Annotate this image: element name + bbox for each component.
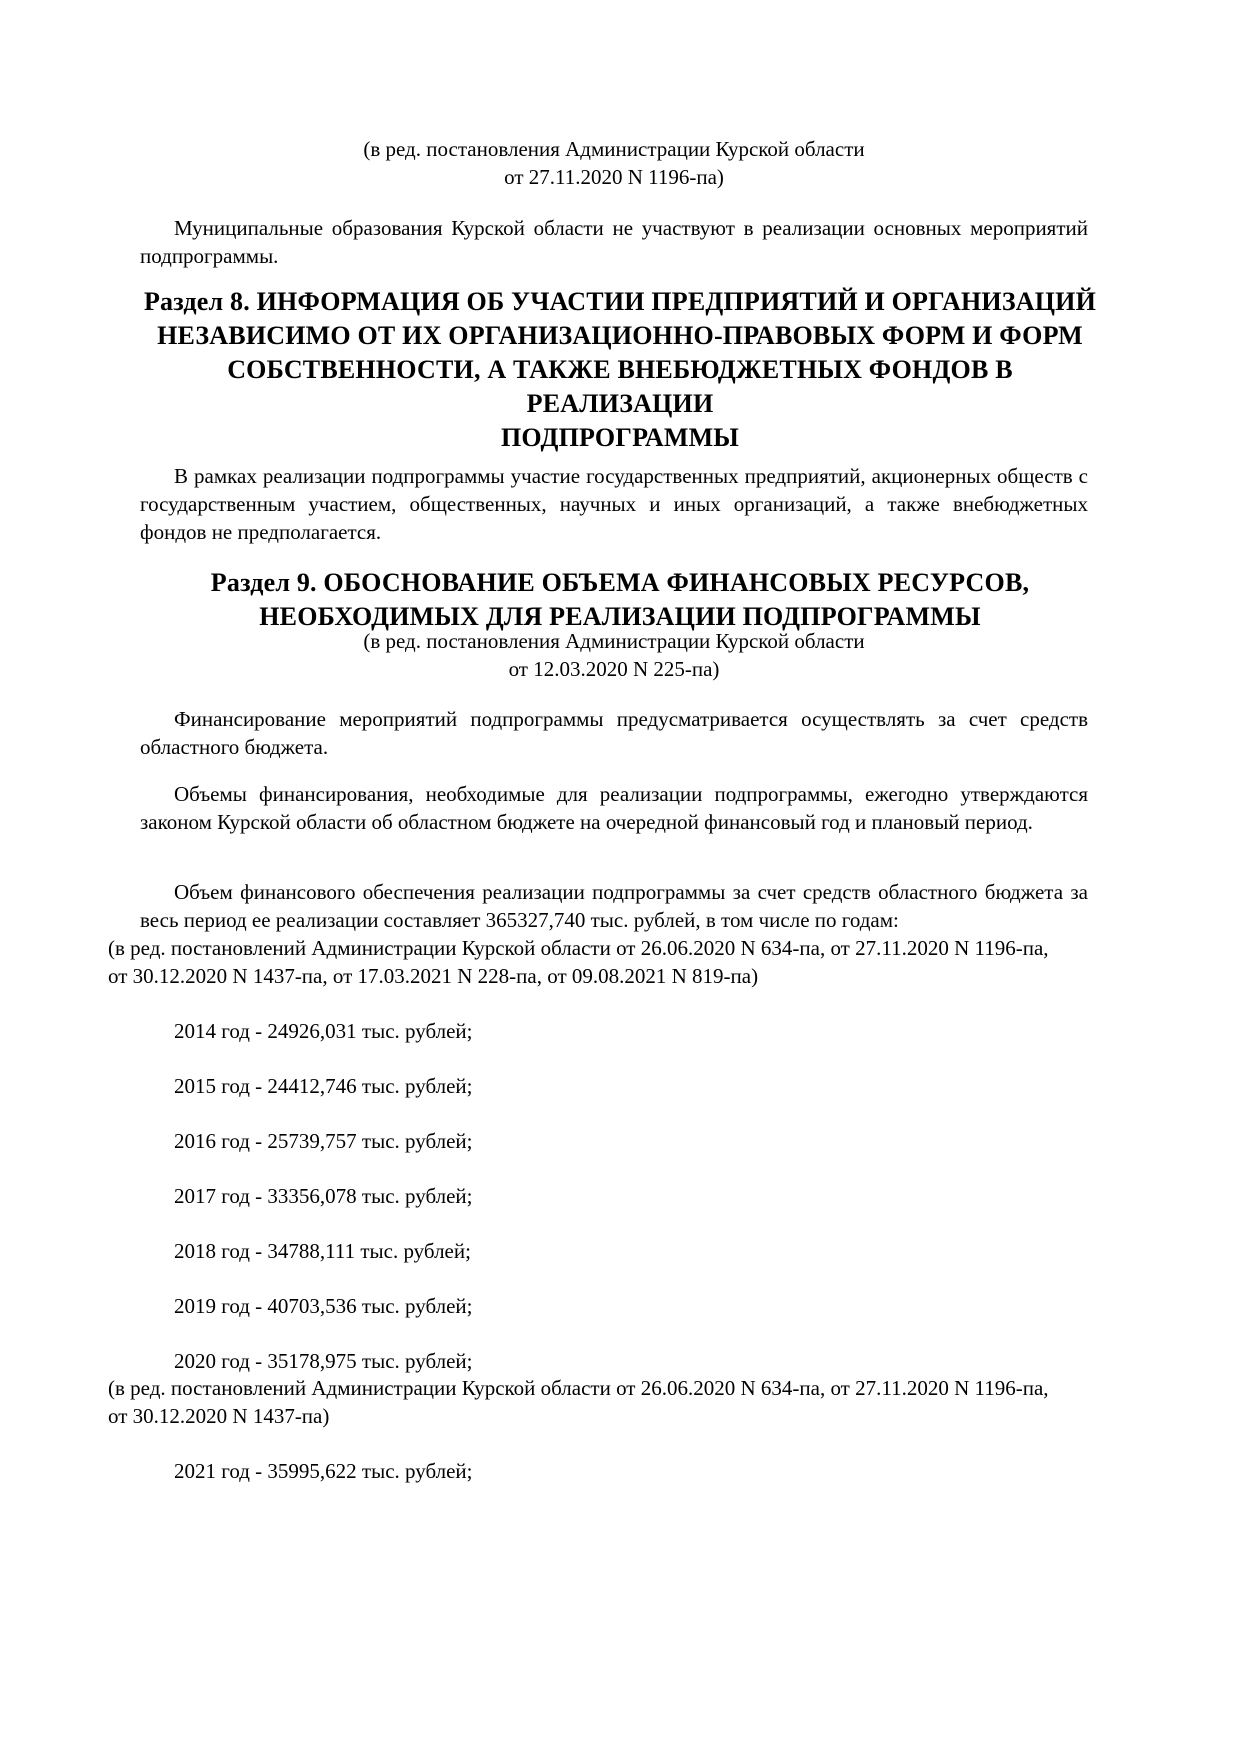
section8-heading: Раздел 8. ИНФОРМАЦИЯ ОБ УЧАСТИИ ПРЕДПРИЯ…	[120, 285, 1120, 455]
section9-amendment-line2: от 12.03.2020 N 225-па)	[509, 657, 720, 681]
year2020-amendment-note: (в ред. постановлений Администрации Курс…	[108, 1374, 1058, 1430]
year-item-2021: 2021 год - 35995,622 тыс. рублей;	[174, 1457, 473, 1485]
section8-title-line: Раздел 8. ИНФОРМАЦИЯ ОБ УЧАСТИИ ПРЕДПРИЯ…	[120, 285, 1120, 319]
volumes-paragraph: Объемы финансирования, необходимые для р…	[140, 780, 1088, 836]
year-item-2016: 2016 год - 25739,757 тыс. рублей;	[174, 1127, 473, 1155]
section8-title-line: ПОДПРОГРАММЫ	[120, 421, 1120, 455]
year-item-2019: 2019 год - 40703,536 тыс. рублей;	[174, 1292, 473, 1320]
total-amendment-note: (в ред. постановлений Администрации Курс…	[108, 934, 1058, 990]
top-amendment-line1: (в ред. постановления Администрации Курс…	[363, 137, 864, 161]
year-item-2020: 2020 год - 35178,975 тыс. рублей;	[174, 1347, 473, 1375]
top-amendment-note: (в ред. постановления Администрации Курс…	[140, 135, 1088, 191]
municipal-paragraph: Муниципальные образования Курской област…	[140, 214, 1088, 270]
document-page: (в ред. постановления Администрации Курс…	[0, 0, 1240, 1754]
section9-amendment-line1: (в ред. постановления Администрации Курс…	[363, 629, 864, 653]
year-item-2015: 2015 год - 24412,746 тыс. рублей;	[174, 1072, 473, 1100]
section8-title-line: СОБСТВЕННОСТИ, А ТАКЖЕ ВНЕБЮДЖЕТНЫХ ФОНД…	[120, 353, 1120, 387]
section9-title-line: Раздел 9. ОБОСНОВАНИЕ ОБЪЕМА ФИНАНСОВЫХ …	[120, 566, 1120, 600]
section8-title-line: РЕАЛИЗАЦИИ	[120, 387, 1120, 421]
financing-paragraph: Финансирование мероприятий подпрограммы …	[140, 705, 1088, 761]
top-amendment-line2: от 27.11.2020 N 1196-па)	[504, 165, 724, 189]
section9-amendment-note: (в ред. постановления Администрации Курс…	[140, 627, 1088, 683]
section9-heading: Раздел 9. ОБОСНОВАНИЕ ОБЪЕМА ФИНАНСОВЫХ …	[120, 566, 1120, 634]
section8-title-line: НЕЗАВИСИМО ОТ ИХ ОРГАНИЗАЦИОННО-ПРАВОВЫХ…	[120, 319, 1120, 353]
year-item-2017: 2017 год - 33356,078 тыс. рублей;	[174, 1182, 473, 1210]
year-item-2014: 2014 год - 24926,031 тыс. рублей;	[174, 1017, 473, 1045]
total-paragraph: Объем финансового обеспечения реализации…	[140, 878, 1088, 934]
section8-paragraph: В рамках реализации подпрограммы участие…	[140, 462, 1088, 546]
year-item-2018: 2018 год - 34788,111 тыс. рублей;	[174, 1237, 471, 1265]
